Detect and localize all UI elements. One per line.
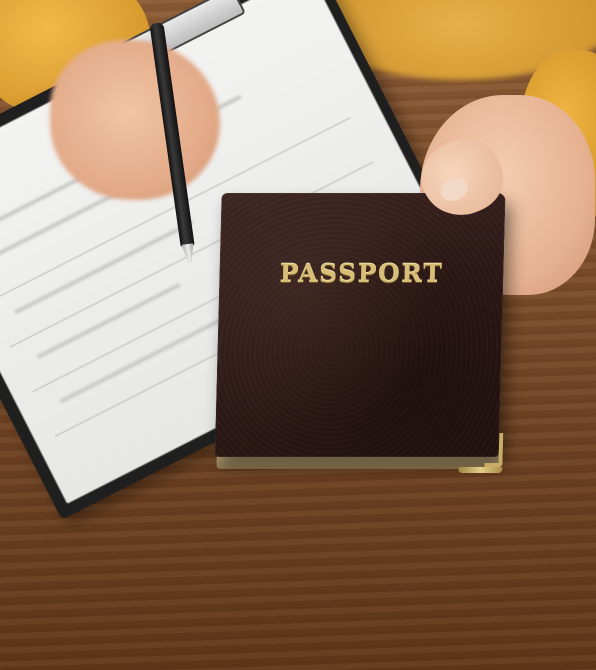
gold-corner-edge [458, 467, 502, 473]
gold-corner [484, 433, 503, 467]
passport-title: PASSPORT [219, 259, 504, 288]
photo-scene: PASSPORT [0, 0, 596, 670]
thumbnail [437, 173, 472, 205]
passport: PASSPORT [214, 193, 505, 467]
passport-cover: PASSPORT [215, 193, 506, 457]
